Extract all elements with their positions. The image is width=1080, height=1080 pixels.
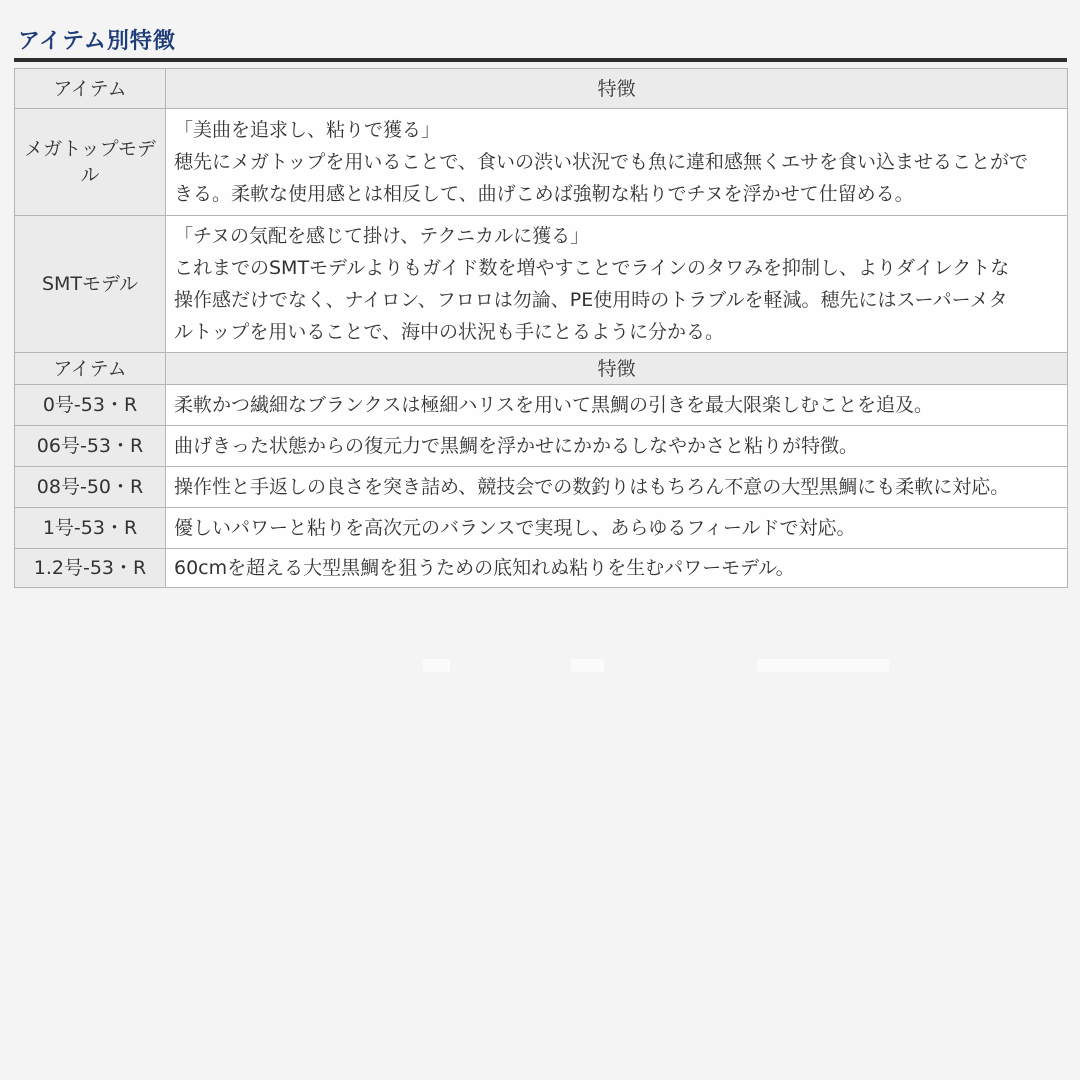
column-header-item: アイテム [15,353,166,385]
feature-cell: 柔軟かつ繊細なブランクスは極細ハリスを用いて黒鯛の引きを最大限楽しむことを追及。 [166,385,1068,426]
feature-cell: 操作性と手返しの良さを突き詰め、競技会での数釣りはもちろん不意の大型黒鯛にも柔軟… [166,467,1068,508]
column-header-feature: 特徴 [166,353,1068,385]
item-cell: 1.2号-53・R [15,549,166,588]
table-row-spec-0: 0号-53・R 柔軟かつ繊細なブランクスは極細ハリスを用いて黒鯛の引きを最大限楽… [15,385,1068,426]
item-cell-smt: SMTモデル [15,216,166,353]
feature-line: 「美曲を追求し、粘りで獲る」 [174,114,1057,146]
ghost-artifact [423,659,450,672]
table-header-row-middle: アイテム 特徴 [15,353,1068,385]
table-row-spec-3: 1号-53・R 優しいパワーと粘りを高次元のバランスで実現し、あらゆるフィールド… [15,508,1068,549]
page-background: アイテム別特徴 アイテム 特徴 メガトップモデル 「美曲を追求し、粘りで獲る」 … [0,0,1080,1080]
feature-line: ルトップを用いることで、海中の状況も手にとるように分かる。 [174,316,1057,348]
table-row-spec-2: 08号-50・R 操作性と手返しの良さを突き詰め、競技会での数釣りはもちろん不意… [15,467,1068,508]
feature-line: 「チヌの気配を感じて掛け、テクニカルに獲る」 [174,220,1057,252]
page-title: アイテム別特徴 [18,24,176,55]
table-row-smt-model: SMTモデル 「チヌの気配を感じて掛け、テクニカルに獲る」 これまでのSMTモデ… [15,216,1068,353]
ghost-artifact [571,659,604,672]
item-cell: 1号-53・R [15,508,166,549]
item-cell: 08号-50・R [15,467,166,508]
item-cell: 06号-53・R [15,426,166,467]
feature-cell: 優しいパワーと粘りを高次元のバランスで実現し、あらゆるフィールドで対応。 [166,508,1068,549]
item-cell-megatop: メガトップモデル [15,109,166,216]
feature-line: 操作感だけでなく、ナイロン、フロロは勿論、PE使用時のトラブルを軽減。穂先にはス… [174,284,1057,316]
ghost-artifact [757,659,889,672]
feature-line: きる。柔軟な使用感とは相反して、曲げこめば強靭な粘りでチヌを浮かせて仕留める。 [174,178,1057,210]
feature-line: 穂先にメガトップを用いることで、食いの渋い状況でも魚に違和感無くエサを食い込ませ… [174,146,1057,178]
title-divider-rule [14,58,1067,62]
item-feature-table: アイテム 特徴 メガトップモデル 「美曲を追求し、粘りで獲る」 穂先にメガトップ… [14,68,1068,588]
feature-cell-megatop: 「美曲を追求し、粘りで獲る」 穂先にメガトップを用いることで、食いの渋い状況でも… [166,109,1068,216]
feature-cell: 60cmを超える大型黒鯛を狙うための底知れぬ粘りを生むパワーモデル。 [166,549,1068,588]
feature-cell-smt: 「チヌの気配を感じて掛け、テクニカルに獲る」 これまでのSMTモデルよりもガイド… [166,216,1068,353]
column-header-feature: 特徴 [166,69,1068,109]
item-cell: 0号-53・R [15,385,166,426]
feature-cell: 曲げきった状態からの復元力で黒鯛を浮かせにかかるしなやかさと粘りが特徴。 [166,426,1068,467]
table-row-spec-1: 06号-53・R 曲げきった状態からの復元力で黒鯛を浮かせにかかるしなやかさと粘… [15,426,1068,467]
table-row-spec-4: 1.2号-53・R 60cmを超える大型黒鯛を狙うための底知れぬ粘りを生むパワー… [15,549,1068,588]
table-header-row-top: アイテム 特徴 [15,69,1068,109]
column-header-item: アイテム [15,69,166,109]
table-row-megatop-model: メガトップモデル 「美曲を追求し、粘りで獲る」 穂先にメガトップを用いることで、… [15,109,1068,216]
feature-line: これまでのSMTモデルよりもガイド数を増やすことでラインのタワみを抑制し、よりダ… [174,252,1057,284]
